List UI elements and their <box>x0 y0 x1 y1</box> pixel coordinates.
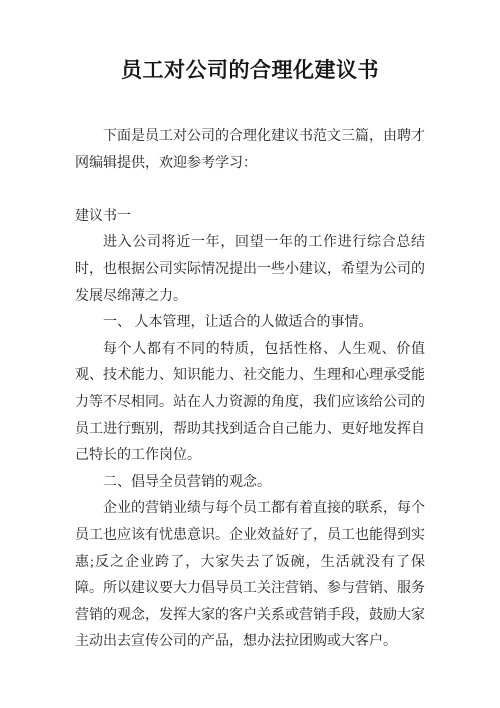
document-page: 员工对公司的合理化建议书 下面是员工对公司的合理化建议书范文三篇，由聘才网编辑提… <box>0 0 500 708</box>
document-paragraph: 下面是员工对公司的合理化建议书范文三篇，由聘才网编辑提供，欢迎参考学习： <box>75 124 425 177</box>
document-paragraph: 二、倡导全员营销的观念。 <box>75 470 425 497</box>
document-paragraph: 建议书一 <box>75 204 425 231</box>
document-paragraph: 进入公司将近一年，回望一年的工作进行综合总结时，也根据公司实际情况提出一些小建议… <box>75 230 425 310</box>
document-paragraph: 企业的营销业绩与每个员工都有着直接的联系，每个员工也应该有忧患意识。企业效益好了… <box>75 496 425 656</box>
document-paragraph: 每个人都有不同的特质，包括性格、人生观、价值观、技术能力、知识能力、社交能力、生… <box>75 337 425 470</box>
document-title: 员工对公司的合理化建议书 <box>0 0 500 84</box>
document-paragraph: 一、 人本管理，让适合的人做适合的事情。 <box>75 310 425 337</box>
document-body: 下面是员工对公司的合理化建议书范文三篇，由聘才网编辑提供，欢迎参考学习：建议书一… <box>75 124 425 656</box>
blank-line <box>75 177 425 204</box>
